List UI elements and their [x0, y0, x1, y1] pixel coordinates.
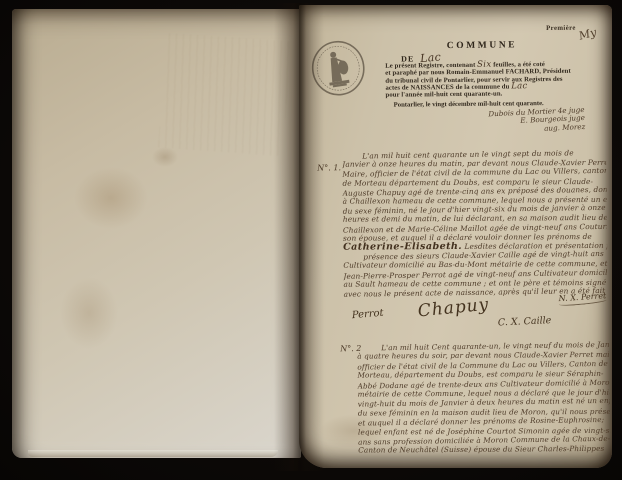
folio-label: Première — [546, 25, 576, 32]
left-page — [12, 9, 301, 458]
paper-stain — [152, 147, 178, 167]
judge-signatures: Dubois du Mortier 4e juge E. Bourgeois j… — [488, 106, 585, 136]
page-edge-stack — [28, 450, 278, 457]
register-scan: Première My COMMUNE DELac — [0, 0, 622, 480]
act-entry-1: L'an mil huit cent quarante un le vingt … — [342, 148, 608, 298]
signature-chapuy: Chapuy — [417, 295, 490, 322]
commune-heading: COMMUNE — [357, 39, 607, 52]
ink-showthrough — [158, 33, 291, 156]
commune-name-handwritten: Lac — [511, 81, 527, 91]
act-entry-2: L'an mil huit Cent quarante-un, le vingt… — [357, 340, 610, 456]
register-statement: Le présent Registre, contenant Six feuil… — [385, 61, 595, 100]
right-page-content: Première My COMMUNE DELac — [297, 3, 615, 469]
signature-perrot: Perrot — [351, 308, 384, 322]
paper-stain — [60, 277, 118, 349]
right-page: Première My COMMUNE DELac — [299, 5, 612, 468]
paper-stain — [74, 167, 148, 229]
signature-perret: N. X. Perret — [559, 291, 607, 306]
register-line: pour l'année mil-huit cent quarante-un. — [385, 90, 595, 99]
manuscript-line: Canton de Neuchâtel (Suisse) épouse du S… — [358, 444, 610, 455]
entry-margin-number: N°. 1. — [317, 163, 341, 172]
signature-caille: C. X. Caille — [498, 315, 552, 328]
